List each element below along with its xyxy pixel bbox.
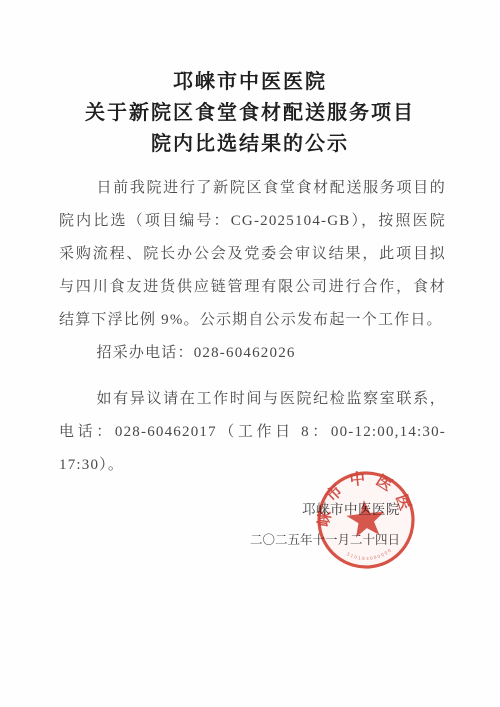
title-line-project: 关于新院区食堂食材配送服务项目 [0, 98, 500, 129]
signature-date: 二〇二五年十一月二十四日 [250, 532, 400, 548]
document-title: 邛崃市中医医院 关于新院区食堂食材配送服务项目 院内比选结果的公示 [0, 67, 500, 160]
paragraph-procurement-phone: 招采办电话：028-60462026 [59, 337, 446, 370]
title-line-org: 邛崃市中医医院 [0, 67, 500, 98]
svg-text:510183000000: 510183000000 [346, 547, 394, 564]
signature-org: 邛崃市中医医院 [250, 501, 400, 518]
announcement-page: 邛崃市中医医院 关于新院区食堂食材配送服务项目 院内比选结果的公示 日前我院进行… [0, 0, 500, 707]
title-line-result: 院内比选结果的公示 [0, 129, 500, 160]
paragraph-objection-contact: 如有异议请在工作时间与医院纪检监察室联系，电话：028-60462017（工作日… [59, 383, 446, 482]
seal-code-text: 510183000000 [346, 547, 394, 564]
paragraph-selection-result: 日前我院进行了新院区食堂食材配送服务项目的院内比选（项目编号：CG-202510… [59, 172, 446, 337]
signature-block: 邛崃市中医医院 二〇二五年十一月二十四日 [250, 501, 400, 548]
document-body: 日前我院进行了新院区食堂食材配送服务项目的院内比选（项目编号：CG-202510… [59, 172, 446, 482]
